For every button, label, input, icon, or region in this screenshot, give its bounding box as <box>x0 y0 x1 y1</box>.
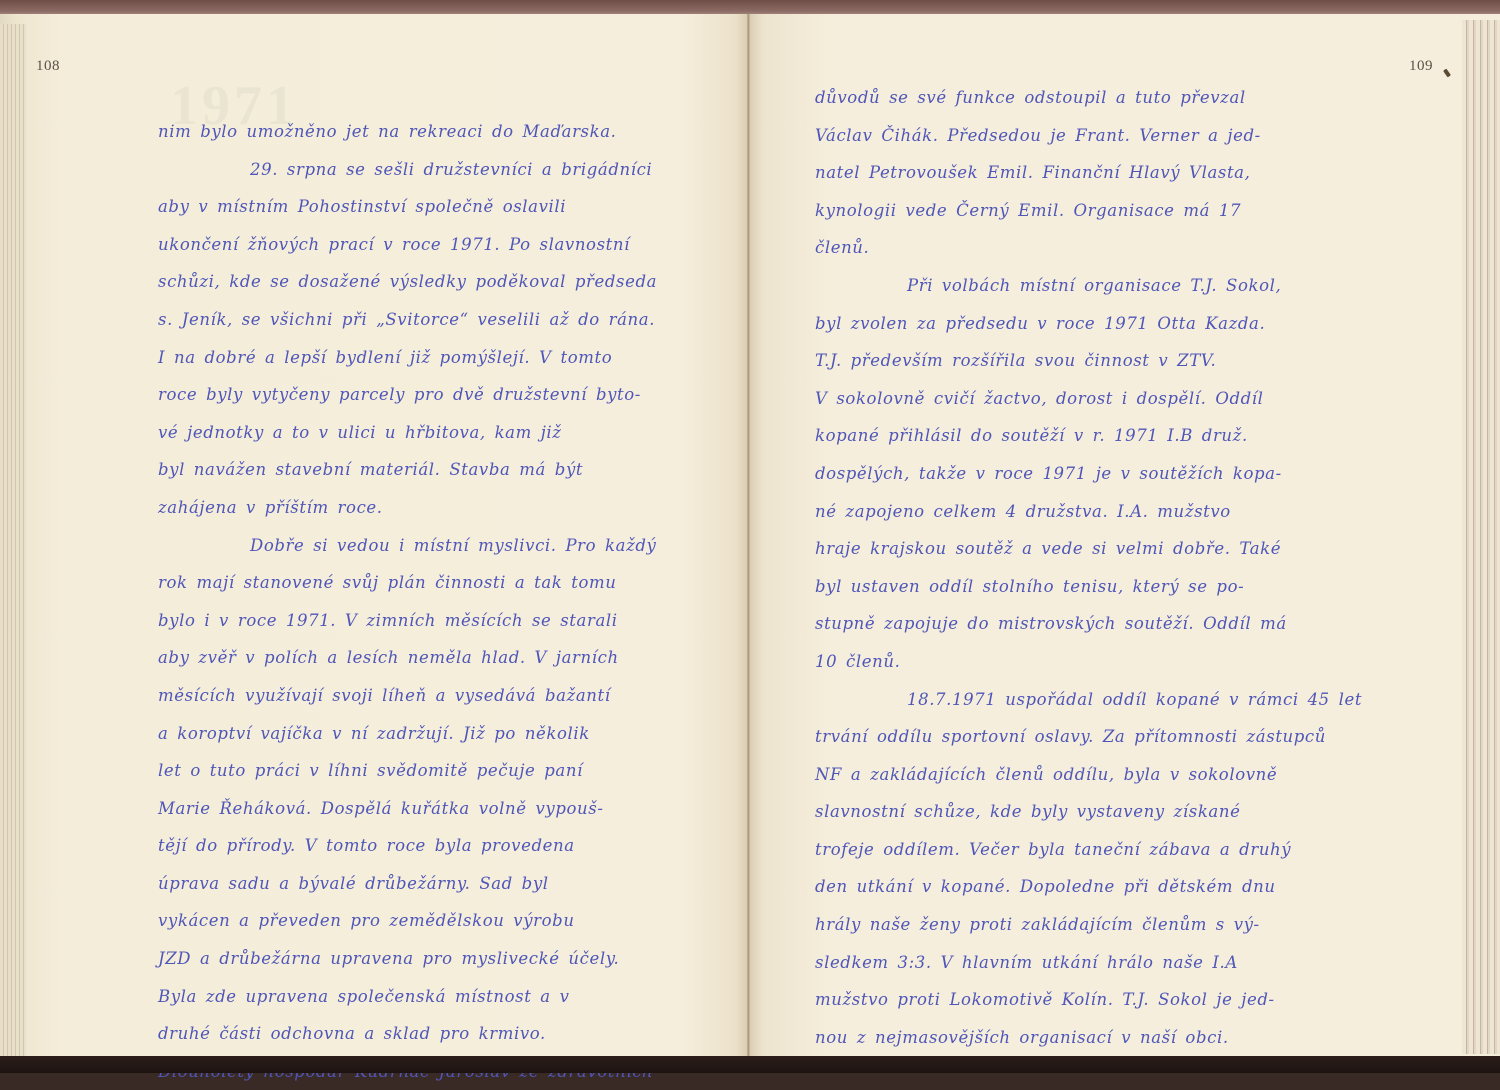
text-line: let o tuto práci v líhni svědomitě pečuj… <box>158 752 718 790</box>
text-line: byl zvolen za předsedu v roce 1971 Otta … <box>815 305 1375 343</box>
text-line: NF a zakládajících členů oddílu, byla v … <box>815 756 1375 794</box>
left-page: 108 1971 nim bylo umožněno jet na rekrea… <box>0 14 749 1058</box>
text-line: ukončení žňových prací v roce 1971. Po s… <box>158 226 718 264</box>
text-line: Při volbách místní organisace T.J. Sokol… <box>815 267 1375 305</box>
text-line: nou z nejmasovějších organisací v naší o… <box>815 1019 1375 1057</box>
text-line: 10 členů. <box>815 643 1375 681</box>
text-line: nim bylo umožněno jet na rekreaci do Maď… <box>158 113 718 151</box>
page-stack-edge-left <box>0 24 26 1058</box>
text-line: rok mají stanovené svůj plán činnosti a … <box>158 564 718 602</box>
book-cover-bottom-edge <box>0 1056 1500 1073</box>
text-line: roce byly vytyčeny parcely pro dvě družs… <box>158 376 718 414</box>
text-line: trvání oddílu sportovní oslavy. Za příto… <box>815 718 1375 756</box>
page-number: 108 <box>36 58 60 75</box>
text-line: 18.7.1971 uspořádal oddíl kopané v rámci… <box>815 681 1375 719</box>
text-line: JZD a drůbežárna upravena pro myslivecké… <box>158 940 718 978</box>
text-line: mužstvo proti Lokomotivě Kolín. T.J. Sok… <box>815 981 1375 1019</box>
text-line: vykácen a převeden pro zemědělskou výrob… <box>158 902 718 940</box>
text-line: 29. srpna se sešli družstevníci a brigád… <box>158 151 718 189</box>
text-line: V sokolovně cvičí žactvo, dorost i dospě… <box>815 380 1375 418</box>
right-page: 109 důvodů se své funkce odstoupil a tut… <box>749 14 1500 1058</box>
text-line: kynologii vede Černý Emil. Organisace má… <box>815 192 1375 230</box>
text-line: vé jednotky a to v ulici u hřbitova, kam… <box>158 414 718 452</box>
text-line: Byla zde upravena společenská místnost a… <box>158 978 718 1016</box>
text-line: a koroptví vajíčka v ní zadržují. Již po… <box>158 715 718 753</box>
text-line: úprava sadu a bývalé drůbežárny. Sad byl <box>158 865 718 903</box>
text-line: s. Jeník, se všichni při „Svitorce“ vese… <box>158 301 718 339</box>
text-line: hrály naše ženy proti zakládajícím členů… <box>815 906 1375 944</box>
text-line: I na dobré a lepší bydlení již pomýšlejí… <box>158 339 718 377</box>
text-line: T.J. především rozšířila svou činnost v … <box>815 342 1375 380</box>
text-line: né zapojeno celkem 4 družstva. I.A. mužs… <box>815 493 1375 531</box>
text-line: členů. <box>815 229 1375 267</box>
text-line: důvodů se své funkce odstoupil a tuto př… <box>815 79 1375 117</box>
text-line: den utkání v kopané. Dopoledne při dětsk… <box>815 868 1375 906</box>
text-line: hraje krajskou soutěž a vede si velmi do… <box>815 530 1375 568</box>
text-line: byl navážen stavební materiál. Stavba má… <box>158 451 718 489</box>
text-line: slavnostní schůze, kde byly vystaveny zí… <box>815 793 1375 831</box>
book-gutter <box>747 14 750 1058</box>
ink-speck <box>1443 69 1451 78</box>
text-line: druhé části odchovna a sklad pro krmivo. <box>158 1015 718 1053</box>
text-line: byl ustaven oddíl stolního tenisu, který… <box>815 568 1375 606</box>
page-stack-edge-right <box>1462 20 1500 1054</box>
text-line: Marie Řeháková. Dospělá kuřátka volně vy… <box>158 790 718 828</box>
text-line: sledkem 3:3. V hlavním utkání hrálo naše… <box>815 944 1375 982</box>
text-line: trofeje oddílem. Večer byla taneční zába… <box>815 831 1375 869</box>
text-line: aby v místním Pohostinství společně osla… <box>158 188 718 226</box>
handwritten-text-left: nim bylo umožněno jet na rekreaci do Maď… <box>158 113 718 1073</box>
handwritten-text-right: důvodů se své funkce odstoupil a tuto př… <box>815 79 1375 1056</box>
text-line: zahájena v příštím roce. <box>158 489 718 527</box>
open-book: 108 1971 nim bylo umožněno jet na rekrea… <box>0 0 1500 1073</box>
text-line: schůzi, kde se dosažené výsledky poděkov… <box>158 263 718 301</box>
text-line: Václav Čihák. Předsedou je Frant. Verner… <box>815 117 1375 155</box>
text-line: dospělých, takže v roce 1971 je v soutěž… <box>815 455 1375 493</box>
text-line: Dobře si vedou i místní myslivci. Pro ka… <box>158 527 718 565</box>
text-line: aby zvěř v polích a lesích neměla hlad. … <box>158 639 718 677</box>
text-line: stupně zapojuje do mistrovských soutěží.… <box>815 605 1375 643</box>
text-line: bylo i v roce 1971. V zimních měsících s… <box>158 602 718 640</box>
page-number: 109 <box>1409 58 1433 75</box>
text-line: tějí do přírody. V tomto roce byla prove… <box>158 827 718 865</box>
text-line: měsících využívají svoji líheň a vysedáv… <box>158 677 718 715</box>
text-line: kopané přihlásil do soutěží v r. 1971 I.… <box>815 417 1375 455</box>
text-line: natel Petrovoušek Emil. Finanční Hlavý V… <box>815 154 1375 192</box>
